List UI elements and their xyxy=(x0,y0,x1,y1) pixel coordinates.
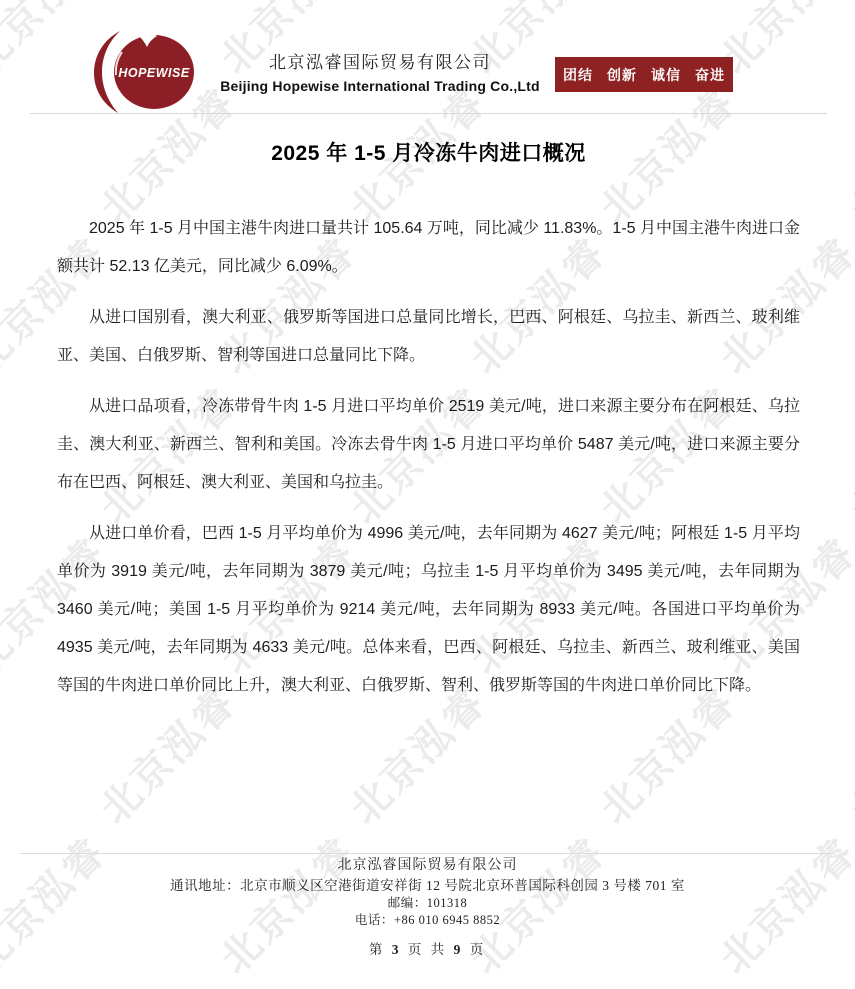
company-header: 北京泓睿国际贸易有限公司 Beijing Hopewise Internatio… xyxy=(200,48,560,94)
paragraph-by-country: 从进口国别看，澳大利亚、俄罗斯等国进口总量同比增长，巴西、阿根廷、乌拉圭、新西兰… xyxy=(57,299,800,375)
paragraph-import-volume: 2025 年 1-5 月中国主港牛肉进口量共计 105.64 万吨，同比减少 1… xyxy=(57,210,800,286)
company-name-zh: 北京泓睿国际贸易有限公司 xyxy=(200,48,560,73)
watermark-text: 北京泓睿 xyxy=(835,673,855,835)
watermark-text: 北京泓睿 xyxy=(835,73,855,235)
globe-logo-icon: HOPEWISE xyxy=(84,28,196,116)
document-body: 2025 年 1-5 月冷冻牛肉进口概况 2025 年 1-5 月中国主港牛肉进… xyxy=(57,140,800,718)
slogan-banner: 团结 创新 诚信 奋进 xyxy=(555,57,733,92)
page-number-total: 9 xyxy=(454,942,464,957)
footer: 北京泓睿国际贸易有限公司 通讯地址：北京市顺义区空港街道安祥街 12 号院北京环… xyxy=(0,856,855,929)
page-number: 第 3 页 共 9 页 xyxy=(0,938,855,958)
slogan-word-4: 奋进 xyxy=(695,65,725,85)
watermark-text: 北京泓睿 xyxy=(835,373,855,535)
footer-company-name: 北京泓睿国际贸易有限公司 xyxy=(0,856,855,876)
logo-text: HOPEWISE xyxy=(118,66,190,80)
slogan-word-1: 团结 xyxy=(563,65,593,85)
footer-phone: 电话：+86 010 6945 8852 xyxy=(0,912,855,929)
footer-address: 通讯地址：北京市顺义区空港街道安祥街 12 号院北京环普国际科创园 3 号楼 7… xyxy=(0,876,855,895)
document-page: 北京泓睿北京泓睿北京泓睿北京泓睿北京泓睿北京泓睿北京泓睿北京泓睿北京泓睿北京泓睿… xyxy=(0,0,855,989)
slogan-word-3: 诚信 xyxy=(651,65,681,85)
page-number-suffix: 页 xyxy=(470,942,487,957)
hopewise-logo: HOPEWISE xyxy=(84,28,196,121)
footer-divider xyxy=(20,853,835,854)
footer-postal-code: 邮编：101318 xyxy=(0,895,855,912)
company-name-en: Beijing Hopewise International Trading C… xyxy=(200,78,560,94)
page-title: 2025 年 1-5 月冷冻牛肉进口概况 xyxy=(57,140,800,168)
paragraph-by-unit-price: 从进口单价看，巴西 1-5 月平均单价为 4996 美元/吨，去年同期为 462… xyxy=(57,515,800,705)
header-divider xyxy=(30,113,827,114)
slogan-word-2: 创新 xyxy=(607,65,637,85)
page-number-mid: 页 共 xyxy=(408,942,447,957)
page-number-current: 3 xyxy=(392,942,402,957)
paragraph-by-product: 从进口品项看，冷冻带骨牛肉 1-5 月进口平均单价 2519 美元/吨，进口来源… xyxy=(57,388,800,502)
page-number-prefix: 第 xyxy=(369,942,386,957)
